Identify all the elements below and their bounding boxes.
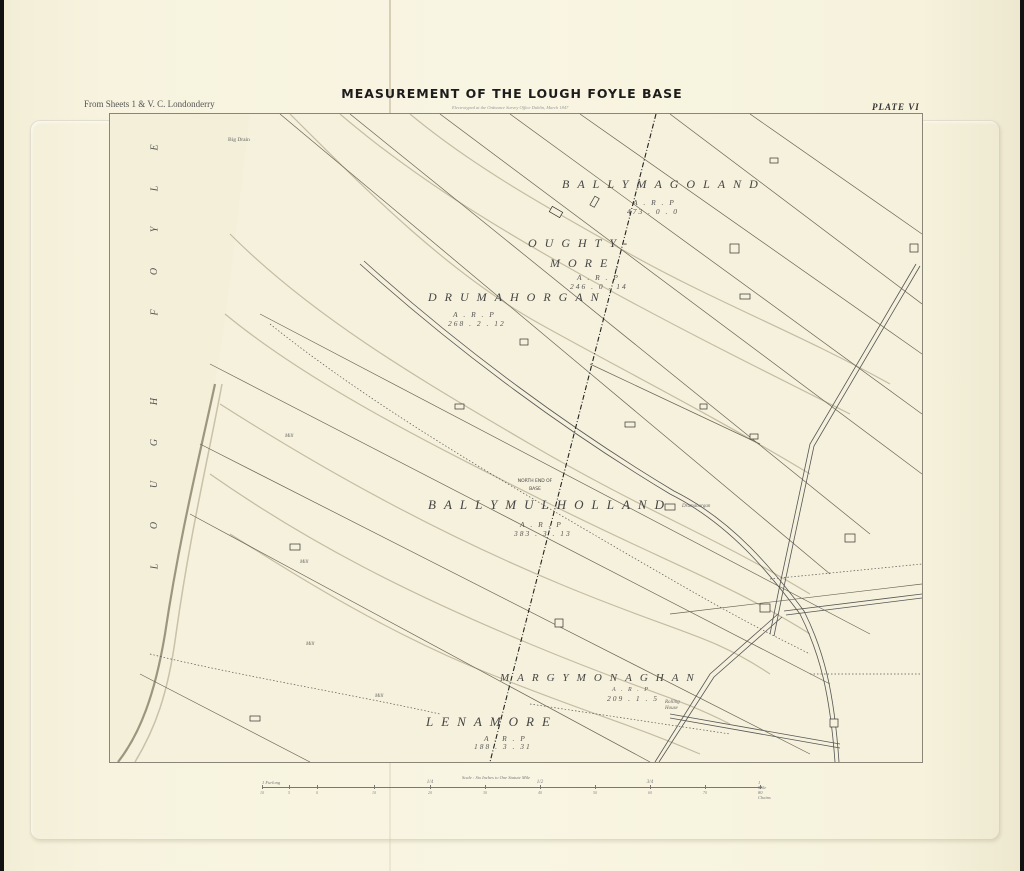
sheets-reference: From Sheets 1 & V. C. Londonderry [84, 99, 215, 109]
lough-letter: O [149, 522, 160, 529]
mill-label: Mill [306, 642, 314, 647]
big-drain-label: Big Drain [228, 137, 250, 143]
scale-left-label: 1 Furlong [262, 780, 280, 785]
scale-tick [760, 785, 761, 789]
scale-tick [317, 785, 318, 789]
plate-number: PLATE VI [872, 102, 920, 112]
townland-margymonaghan: MARGYMONAGHAN [500, 672, 702, 684]
area-ballymulholland: 383 . 3 . 13 [514, 529, 572, 538]
townland-oughtymore-2: MORE, [550, 256, 626, 271]
scale-tick [374, 785, 375, 789]
mill-label: Mill [285, 434, 293, 439]
scale-tick-label: 50 [593, 790, 597, 795]
lough-letter: O [149, 267, 160, 274]
scale-caption: Scale : Six Inches to One Statute Mile [462, 775, 530, 780]
lough-foyle-label: E L Y O F H G U O L [145, 142, 165, 572]
scale-tick [595, 785, 596, 789]
scale-tick [540, 785, 541, 789]
map-frame: E L Y O F H G U O L BALLYMAGOLAND A . R … [109, 113, 923, 763]
townland-lenamore: LENAMORE [426, 714, 558, 730]
area-drumahorgan: 268 . 2 . 12 [448, 319, 506, 328]
area-lenamore: 188 . 3 . 31 [474, 742, 532, 751]
north-end-of-base-label: NORTH END OF BASE [515, 478, 555, 494]
scale-tick-label: 20 [428, 790, 432, 795]
townland-ballymulholland: BALLYMULHOLLAND [428, 497, 672, 513]
paper-sheet: MEASUREMENT OF THE LOUGH FOYLE BASE From… [4, 0, 1020, 871]
lough-letter: E [149, 144, 160, 150]
scale-tick-label: 10 [372, 790, 376, 795]
area-header: A . R . P [633, 198, 676, 207]
scale-tick-label: 60 [648, 790, 652, 795]
map-linework [110, 114, 922, 762]
scale-tick-label: 40 [538, 790, 542, 795]
scale-tick [289, 785, 290, 789]
lough-letter: G [149, 439, 160, 446]
mill-label: Mill [375, 694, 383, 699]
area-header: A . R . P [453, 310, 496, 319]
lough-letter: U [149, 480, 160, 487]
lough-letter: H [149, 398, 160, 405]
scale-tick-label: 0 [316, 790, 318, 795]
imprint-note: Electrotyped at the Ordnance Survey Offi… [452, 105, 568, 110]
lough-letter: L [150, 564, 161, 570]
scale-bar: Scale : Six Inches to One Statute Mile 1… [262, 778, 762, 800]
scale-tick [430, 785, 431, 789]
scale-tick [485, 785, 486, 789]
scale-tick-label: 5 [288, 790, 290, 795]
townland-oughtymore: OUGHTY- [528, 236, 635, 251]
area-header: A . R . P [577, 273, 620, 282]
scale-tick-label: 70 [703, 790, 707, 795]
scale-tick [650, 785, 651, 789]
scale-right-unit: 80 Chains [758, 790, 771, 800]
scale-tick [705, 785, 706, 789]
scale-tick [262, 785, 263, 789]
townland-drumahorgan: DRUMAHORGAN [428, 290, 607, 305]
area-margymonaghan: 209 . 1 . 5 [607, 694, 659, 703]
townland-ballymagoland: BALLYMAGOLAND [562, 177, 766, 192]
mill-label: Mill [300, 560, 308, 565]
scale-line [262, 787, 762, 788]
scale-tick-label: 30 [483, 790, 487, 795]
scale-tick-label: 10 [260, 790, 264, 795]
area-header: A . R . P [612, 687, 650, 693]
area-header: A . R . P [520, 520, 563, 529]
rolling-house-label: Rolling House [665, 700, 687, 712]
lough-letter: F [149, 309, 160, 315]
area-ballymagoland: 473 . 0 . 0 [627, 207, 679, 216]
drumahorgan-place-label: Drumahorgan [682, 504, 710, 509]
lough-letter: L [150, 186, 161, 192]
lough-letter: Y [150, 227, 161, 233]
